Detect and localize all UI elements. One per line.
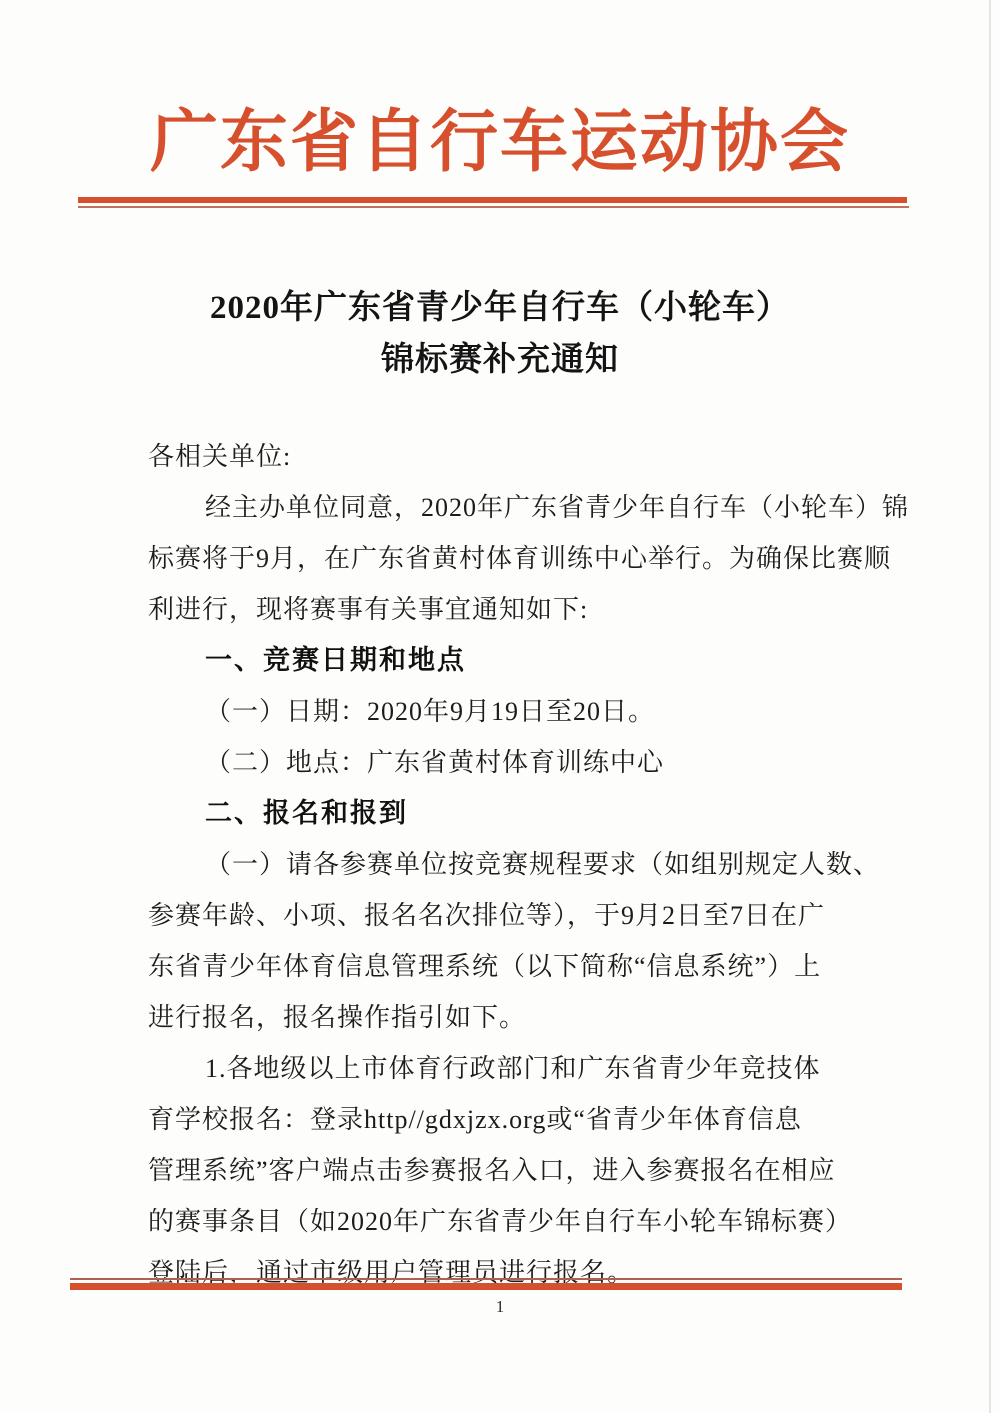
body-line: 利进行，现将赛事有关事宜通知如下: xyxy=(148,584,862,635)
body-line: （二）地点：广东省黄村体育训练中心 xyxy=(148,737,862,788)
body-line: （一）日期：2020年9月19日至20日。 xyxy=(148,686,862,737)
document-body: 各相关单位: 经主办单位同意，2020年广东省青少年自行车（小轮车）锦 标赛将于… xyxy=(148,431,862,1298)
body-line: 参赛年龄、小项、报名名次排位等），于9月2日至7日在广 xyxy=(148,890,862,941)
body-line: 的赛事条目（如2020年广东省青少年自行车小轮车锦标赛） xyxy=(148,1196,862,1247)
body-line: 标赛将于9月，在广东省黄村体育训练中心举行。为确保比赛顺 xyxy=(148,533,862,584)
document-title-line1: 2020年广东省青少年自行车（小轮车） xyxy=(0,282,1000,334)
section-heading-1: 一、竞赛日期和地点 xyxy=(148,635,862,686)
body-line: 东省青少年体育信息管理系统（以下简称“信息系统”）上 xyxy=(148,941,862,992)
footer-rule-thick xyxy=(70,1283,902,1290)
body-line: 进行报名，报名操作指引如下。 xyxy=(148,992,862,1043)
letterhead-rule-thin xyxy=(78,206,909,208)
footer-rule-thin xyxy=(70,1278,902,1280)
body-line: 育学校报名：登录http//gdxjzx.org或“省青少年体育信息 xyxy=(148,1094,862,1145)
document-title-line2: 锦标赛补充通知 xyxy=(0,334,1000,386)
letterhead-org-name: 广东省自行车运动协会 xyxy=(0,88,1000,185)
page-number: 1 xyxy=(0,1297,1000,1317)
document-page: 广东省自行车运动协会 2020年广东省青少年自行车（小轮车） 锦标赛补充通知 各… xyxy=(0,0,1000,1413)
scan-edge-artifact xyxy=(989,0,991,1413)
document-title: 2020年广东省青少年自行车（小轮车） 锦标赛补充通知 xyxy=(0,282,1000,386)
letterhead-rule-thick xyxy=(78,197,907,203)
body-line: 经主办单位同意，2020年广东省青少年自行车（小轮车）锦 xyxy=(148,482,862,533)
body-line: （一）请各参赛单位按竞赛规程要求（如组别规定人数、 xyxy=(148,839,862,890)
body-line: 登陆后，通过市级用户管理员进行报名。 xyxy=(148,1247,862,1298)
body-line-salutation: 各相关单位: xyxy=(148,431,862,482)
body-line: 管理系统”客户端点击参赛报名入口，进入参赛报名在相应 xyxy=(148,1145,862,1196)
section-heading-2: 二、报名和报到 xyxy=(148,788,862,839)
body-line: 1.各地级以上市体育行政部门和广东省青少年竞技体 xyxy=(148,1043,862,1094)
